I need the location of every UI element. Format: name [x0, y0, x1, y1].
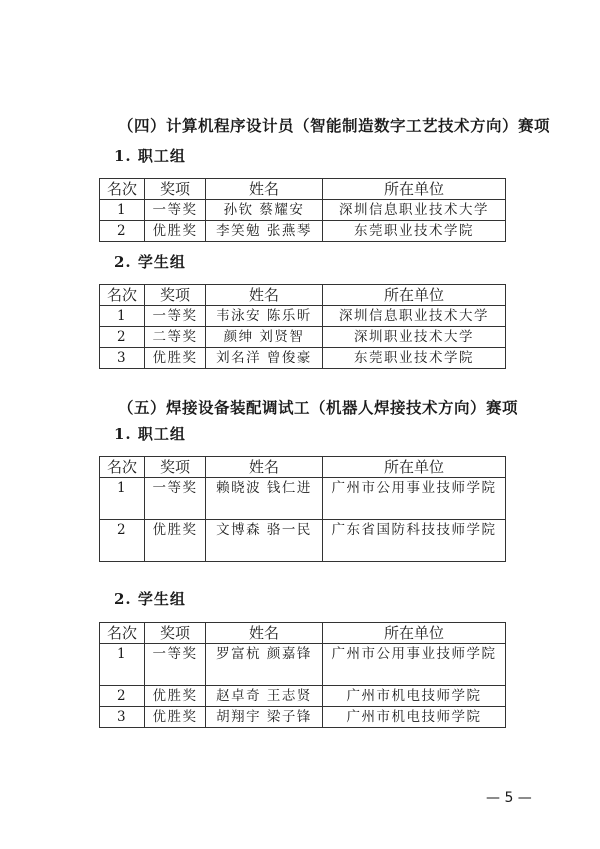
table-header-row: 名次 奖项 姓名 所在单位: [100, 179, 506, 200]
header-unit: 所在单位: [323, 179, 506, 200]
cell-names: 文博森 骆一民: [206, 520, 323, 562]
cell-award: 一等奖: [145, 644, 206, 686]
cell-award: 优胜奖: [145, 707, 206, 728]
cell-rank: 2: [100, 686, 145, 707]
cell-rank: 3: [100, 348, 145, 369]
cell-unit: 广东省国防科技技师学院: [323, 520, 506, 562]
cell-names: 罗富杭 颜嘉锋: [206, 644, 323, 686]
results-table-s4-student: 名次 奖项 姓名 所在单位 1 一等奖 韦泳安 陈乐昕 深圳信息职业技术大学 2…: [99, 284, 506, 369]
results-table-s5-student: 名次 奖项 姓名 所在单位 1 一等奖 罗富杭 颜嘉锋 广州市公用事业技师学院 …: [99, 622, 506, 728]
table-header-row: 名次 奖项 姓名 所在单位: [100, 285, 506, 306]
section-title-4: （四）计算机程序设计员（智能制造数字工艺技术方向）赛项: [118, 114, 550, 136]
header-unit: 所在单位: [323, 623, 506, 644]
table-row: 3 优胜奖 刘名洋 曾俊豪 东莞职业技术学院: [100, 348, 506, 369]
header-rank: 名次: [100, 457, 145, 478]
cell-unit: 深圳职业技术大学: [323, 327, 506, 348]
table-row: 1 一等奖 罗富杭 颜嘉锋 广州市公用事业技师学院: [100, 644, 506, 686]
group-title-student: 2. 学生组: [114, 251, 186, 272]
cell-unit: 广州市公用事业技师学院: [323, 644, 506, 686]
table-row: 1 一等奖 韦泳安 陈乐昕 深圳信息职业技术大学: [100, 306, 506, 327]
cell-award: 二等奖: [145, 327, 206, 348]
cell-rank: 1: [100, 306, 145, 327]
cell-award: 一等奖: [145, 200, 206, 221]
cell-rank: 2: [100, 327, 145, 348]
results-table-s4-staff: 名次 奖项 姓名 所在单位 1 一等奖 孙钦 蔡耀安 深圳信息职业技术大学 2 …: [99, 178, 506, 242]
table-header-row: 名次 奖项 姓名 所在单位: [100, 457, 506, 478]
cell-award: 优胜奖: [145, 520, 206, 562]
header-award: 奖项: [145, 457, 206, 478]
cell-award: 优胜奖: [145, 348, 206, 369]
header-award: 奖项: [145, 179, 206, 200]
cell-rank: 2: [100, 520, 145, 562]
header-names: 姓名: [206, 623, 323, 644]
header-rank: 名次: [100, 179, 145, 200]
table-row: 1 一等奖 孙钦 蔡耀安 深圳信息职业技术大学: [100, 200, 506, 221]
header-unit: 所在单位: [323, 285, 506, 306]
table-row: 2 优胜奖 文博森 骆一民 广东省国防科技技师学院: [100, 520, 506, 562]
cell-unit: 广州市机电技师学院: [323, 686, 506, 707]
header-rank: 名次: [100, 285, 145, 306]
cell-unit: 东莞职业技术学院: [323, 221, 506, 242]
header-names: 姓名: [206, 179, 323, 200]
cell-rank: 1: [100, 200, 145, 221]
cell-names: 赵卓奇 王志贤: [206, 686, 323, 707]
header-rank: 名次: [100, 623, 145, 644]
cell-unit: 东莞职业技术学院: [323, 348, 506, 369]
header-unit: 所在单位: [323, 457, 506, 478]
table-row: 2 二等奖 颜绅 刘贤智 深圳职业技术大学: [100, 327, 506, 348]
cell-unit: 广州市机电技师学院: [323, 707, 506, 728]
cell-names: 孙钦 蔡耀安: [206, 200, 323, 221]
cell-unit: 深圳信息职业技术大学: [323, 200, 506, 221]
cell-award: 一等奖: [145, 306, 206, 327]
table-row: 2 优胜奖 赵卓奇 王志贤 广州市机电技师学院: [100, 686, 506, 707]
group-title-staff: 1. 职工组: [114, 145, 186, 166]
cell-names: 刘名洋 曾俊豪: [206, 348, 323, 369]
header-names: 姓名: [206, 457, 323, 478]
cell-names: 韦泳安 陈乐昕: [206, 306, 323, 327]
table-row: 2 优胜奖 李笑勉 张燕琴 东莞职业技术学院: [100, 221, 506, 242]
cell-award: 优胜奖: [145, 686, 206, 707]
group-title-staff: 1. 职工组: [114, 423, 186, 444]
header-award: 奖项: [145, 285, 206, 306]
header-award: 奖项: [145, 623, 206, 644]
page-number: — 5 —: [486, 790, 532, 806]
cell-names: 李笑勉 张燕琴: [206, 221, 323, 242]
cell-names: 赖晓波 钱仁进: [206, 478, 323, 520]
cell-unit: 深圳信息职业技术大学: [323, 306, 506, 327]
cell-rank: 3: [100, 707, 145, 728]
cell-award: 优胜奖: [145, 221, 206, 242]
group-title-student: 2. 学生组: [114, 588, 186, 609]
section-title-5: （五）焊接设备装配调试工（机器人焊接技术方向）赛项: [118, 396, 518, 418]
cell-unit: 广州市公用事业技师学院: [323, 478, 506, 520]
cell-names: 胡翔宇 梁子锋: [206, 707, 323, 728]
cell-rank: 1: [100, 644, 145, 686]
cell-award: 一等奖: [145, 478, 206, 520]
cell-rank: 2: [100, 221, 145, 242]
table-row: 3 优胜奖 胡翔宇 梁子锋 广州市机电技师学院: [100, 707, 506, 728]
cell-names: 颜绅 刘贤智: [206, 327, 323, 348]
header-names: 姓名: [206, 285, 323, 306]
cell-rank: 1: [100, 478, 145, 520]
table-row: 1 一等奖 赖晓波 钱仁进 广州市公用事业技师学院: [100, 478, 506, 520]
table-header-row: 名次 奖项 姓名 所在单位: [100, 623, 506, 644]
results-table-s5-staff: 名次 奖项 姓名 所在单位 1 一等奖 赖晓波 钱仁进 广州市公用事业技师学院 …: [99, 456, 506, 562]
